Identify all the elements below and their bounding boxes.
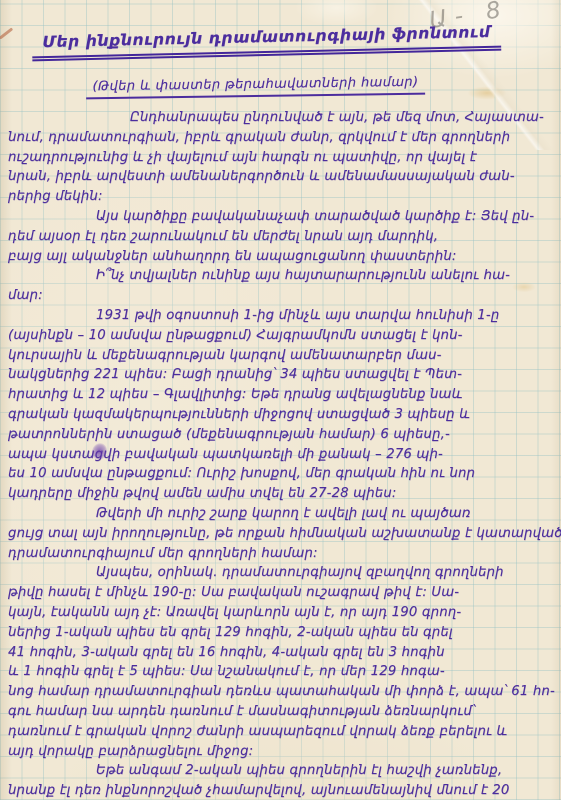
handwritten-line: դեմ այսօր էլ դեռ շարունակում են մերժել ն… (8, 227, 561, 247)
handwritten-line: ուշադրությունից և չի վայելում այն հարգն … (8, 148, 561, 168)
handwritten-line: Այսպես, օրինակ. դրամատուրգիայով զբաղվող … (8, 563, 561, 583)
handwritten-line: Թվերի մի ուրիշ շարք կարող է ավելի լավ ու… (8, 504, 561, 524)
handwritten-line: կայն, էականն այդ չէ: Առավել կարևորն այն … (8, 603, 561, 623)
handwritten-line: ներից 1-ական պիես են գրել 129 հոգին, 2-ա… (8, 623, 561, 643)
paragraph-4: 1931 թվի օգոստոսի 1-ից մինչև այս տարվա հ… (8, 306, 561, 504)
paragraph-3: Ի՞նչ տվյալներ ունինք այս հայտարարություն… (8, 266, 561, 306)
paragraph-5: Թվերի մի ուրիշ շարք կարող է ավելի լավ ու… (8, 504, 561, 563)
handwritten-line: և 1 հոգին գրել է 5 պիես: Սա նշանակում է,… (8, 662, 561, 682)
handwritten-line: նակցներից 221 պիես: Բացի դրանից՝ 34 պիես… (8, 365, 561, 385)
paragraph-2: Այս կարծիքը բավականաչափ տարածված կարծիք … (8, 207, 561, 266)
manuscript-page: Ա- 8 Մեր ինքնուրույն դրամատուրգիայի ֆրոն… (0, 0, 561, 800)
handwritten-line: կադրերը միջին թվով ամեն ամիս տվել են 27-… (8, 484, 561, 504)
handwritten-line: Ընդհանրապես ընդունված է այն, թե մեզ մոտ,… (8, 108, 561, 128)
handwritten-line: (այսինքն – 10 ամսվա ընթացքում) Հայգրամկո… (8, 326, 561, 346)
handwritten-line: գու համար նա արդեն դառնում է մասնագիտութ… (8, 702, 561, 722)
handwritten-line: դրամատուրգիայում մեր գրողների համար: (8, 544, 561, 564)
handwritten-line: այդ վորակը բարձրացնելու միջոց: (8, 742, 561, 762)
handwritten-line: ես 10 ամսվա ընթացքում: Ուրիշ խոսքով, մեր… (8, 464, 561, 484)
handwritten-line: նրանք էլ դեռ ինքնորոշված չհամարվելով, այ… (8, 781, 561, 800)
paragraph-7: Եթե անգամ 2-ական պիես գրողներին էլ հաշվի… (8, 761, 561, 800)
handwritten-line: Եթե անգամ 2-ական պիես գրողներին էլ հաշվի… (8, 761, 561, 781)
handwritten-line: Ի՞նչ տվյալներ ունինք այս հայտարարություն… (8, 266, 561, 286)
handwritten-line: նում, դրամատուրգիան, իբրև գրական ժանր, զ… (8, 128, 561, 148)
handwritten-line: կուրսային և մեքենագրության կարգով ամենատ… (8, 346, 561, 366)
handwritten-line: րերից մեկին: (8, 187, 561, 207)
handwritten-line: Այս կարծիքը բավականաչափ տարածված կարծիք … (8, 207, 561, 227)
handwritten-line: նրան, իբրև արվեստի ամենաներգործուն և ամե… (8, 167, 561, 187)
handwritten-line: թիվը հասել է մինչև 190-ը: Սա բավական ուշ… (8, 583, 561, 603)
handwritten-line: դառնում է գրական վորոշ ժանրի ասպարեզում … (8, 722, 561, 742)
handwritten-line: հրատից և 12 պիես – Գլավլիտից: Եթե դրանց … (8, 385, 561, 405)
handwritten-line: 41 հոգին, 3-ական գրել են 16 հոգին, 4-ակա… (8, 643, 561, 663)
handwritten-line: բայց այլ ականջներ անհաղորդ են ապացուցանո… (8, 247, 561, 267)
paragraph-6: Այսպես, օրինակ. դրամատուրգիայով զբաղվող … (8, 563, 561, 761)
handwritten-line: նոց համար դրամատուրգիան դեռևս պատահական … (8, 682, 561, 702)
handwritten-line: գրական կազմակերպությունների միջոցով ստաց… (8, 405, 561, 425)
handwritten-line: 1931 թվի օգոստոսի 1-ից մինչև այս տարվա հ… (8, 306, 561, 326)
handwritten-line: մար: (8, 286, 561, 306)
paragraph-1: Ընդհանրապես ընդունված է այն, թե մեզ մոտ,… (8, 108, 561, 207)
handwritten-line: թատրոններին ստացած (մեքենագրության համար… (8, 425, 561, 445)
handwritten-line: ցույց տալ այն իրողությունը, թե որքան հիմ… (8, 524, 561, 544)
